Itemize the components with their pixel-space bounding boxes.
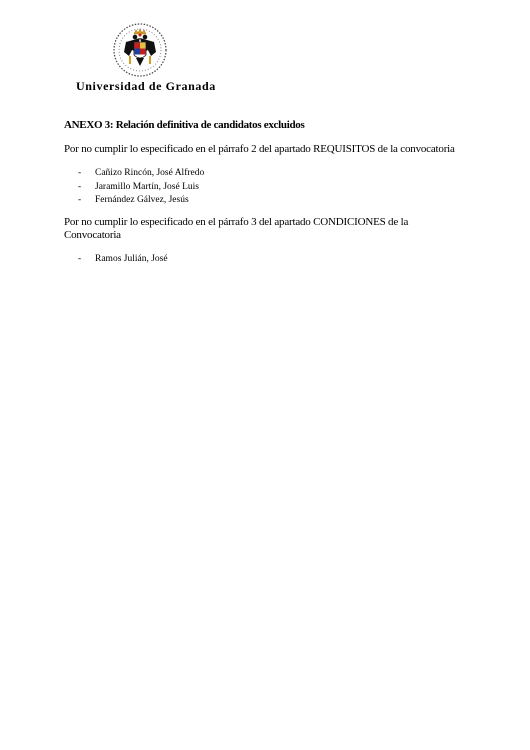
candidate-name: Jaramillo Martín, José Luis [95, 182, 199, 192]
document-page: Universidad de Granada ANEXO 3: Relación… [0, 0, 530, 750]
bullet-dash: - [78, 194, 81, 208]
list-item: -Jaramillo Martín, José Luis [78, 181, 204, 195]
annex-heading: ANEXO 3: Relación definitiva de candidat… [64, 119, 304, 131]
list-item: -Fernández Gálvez, Jesús [78, 194, 204, 208]
bullet-dash: - [78, 253, 81, 267]
university-seal-icon [112, 22, 168, 78]
candidate-name: Ramos Julián, José [95, 254, 168, 264]
section-1-text: Por no cumplir lo especificado en el pár… [64, 143, 464, 156]
bullet-dash: - [78, 181, 81, 195]
section-2-text: Por no cumplir lo especificado en el pár… [64, 216, 424, 242]
list-item: -Ramos Julián, José [78, 253, 168, 267]
candidate-name: Cañizo Rincón, José Alfredo [95, 168, 204, 178]
bullet-dash: - [78, 167, 81, 181]
excluded-list-condiciones: -Ramos Julián, José [78, 253, 168, 267]
institution-name: Universidad de Granada [76, 79, 216, 94]
list-item: -Cañizo Rincón, José Alfredo [78, 167, 204, 181]
excluded-list-requisitos: -Cañizo Rincón, José Alfredo -Jaramillo … [78, 167, 204, 208]
candidate-name: Fernández Gálvez, Jesús [95, 195, 189, 205]
